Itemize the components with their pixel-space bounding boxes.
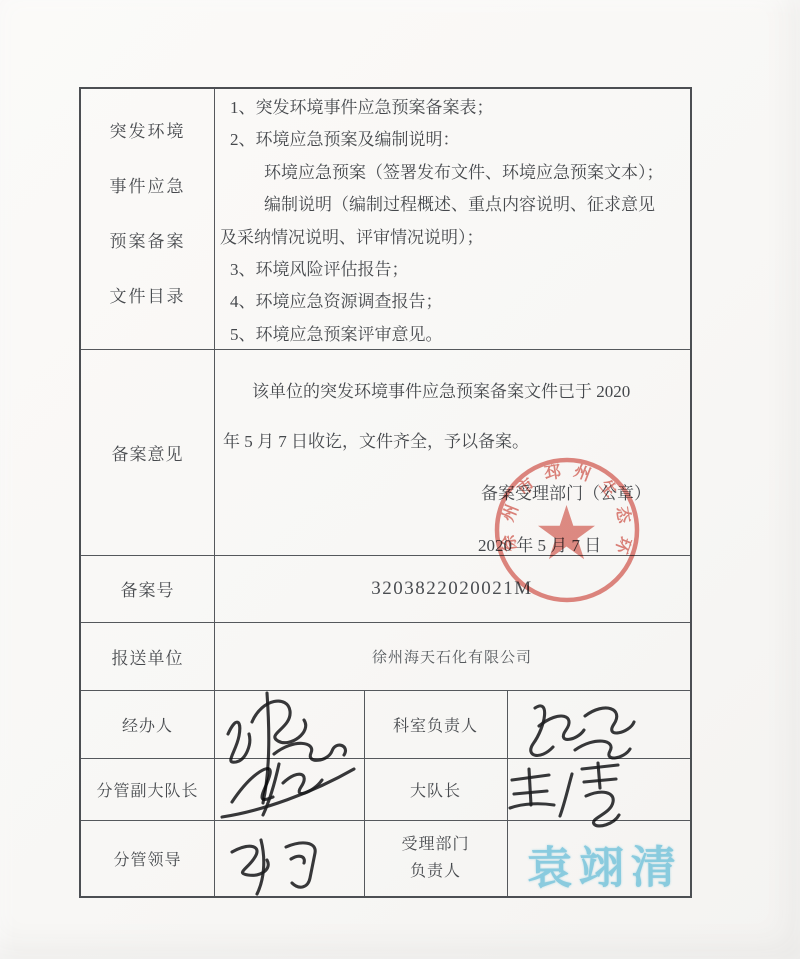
opinion-line-2: 年 5 月 7 日收讫，文件齐全，予以备案。 <box>223 427 529 452</box>
accepting-dept-label-cell: 受理部门 负责人 <box>364 820 507 896</box>
catalog-label-line: 突发环境 <box>81 104 214 159</box>
catalog-content-cell: 1、突发环境事件应急预案备案表； 2、环境应急预案及编制说明： 环境应急预案（签… <box>214 89 690 349</box>
catalog-item: 及采纳情况说明、评审情况说明）； <box>220 222 690 254</box>
record-number-label-cell: 备案号 <box>81 555 214 622</box>
opinion-line-1: 该单位的突发环境事件应急预案备案文件已于 2020 <box>252 377 630 402</box>
catalog-label-line: 文件目录 <box>81 269 214 324</box>
catalog-item: 3、环境风险评估报告； <box>230 254 690 286</box>
seal-text: 徐州市邳州生态环境局 <box>492 455 637 566</box>
submitting-unit-label-cell: 报送单位 <box>81 622 214 690</box>
submitting-unit-value: 徐州海天石化有限公司 <box>214 622 690 690</box>
deputy-captain-signature <box>212 752 364 822</box>
catalog-label-cell: 突发环境 事件应急 预案备案 文件目录 <box>81 89 214 349</box>
accepting-dept-head-stamp: 袁翊清 <box>527 839 697 896</box>
catalog-item: 2、环境应急预案及编制说明： <box>230 124 690 156</box>
scanned-document-page: 突发环境 事件应急 预案备案 文件目录 1、突发环境事件应急预案备案表； 2、环… <box>0 0 800 959</box>
handler-label-cell: 经办人 <box>81 690 214 758</box>
catalog-item: 环境应急预案（签署发布文件、环境应急预案文本）； <box>230 157 690 189</box>
catalog-item: 编制说明（编制过程概述、重点内容说明、征求意见 <box>230 189 690 221</box>
seal-star-icon <box>538 505 595 559</box>
leader-signature <box>220 832 352 898</box>
opinion-label-cell: 备案意见 <box>81 349 214 555</box>
official-seal-stamp: 徐州市邳州生态环境局 <box>492 455 642 605</box>
accepting-dept-label-line: 负责人 <box>410 858 461 885</box>
catalog-item: 5、环境应急预案评审意见。 <box>230 319 690 351</box>
section-chief-label-cell: 科室负责人 <box>364 690 507 758</box>
seal-text-ring: 徐州市邳州生态环境局 <box>492 455 637 566</box>
catalog-item: 1、突发环境事件应急预案备案表； <box>230 92 690 124</box>
accepting-dept-label-line: 受理部门 <box>401 831 469 858</box>
deputy-captain-label-cell: 分管副大队长 <box>81 758 214 820</box>
leader-label-cell: 分管领导 <box>81 820 214 896</box>
catalog-item: 4、环境应急资源调查报告； <box>230 286 690 318</box>
catalog-label-line: 事件应急 <box>81 159 214 214</box>
captain-signature <box>500 756 656 834</box>
catalog-label-line: 预案备案 <box>81 214 214 269</box>
captain-label-cell: 大队长 <box>364 758 507 820</box>
